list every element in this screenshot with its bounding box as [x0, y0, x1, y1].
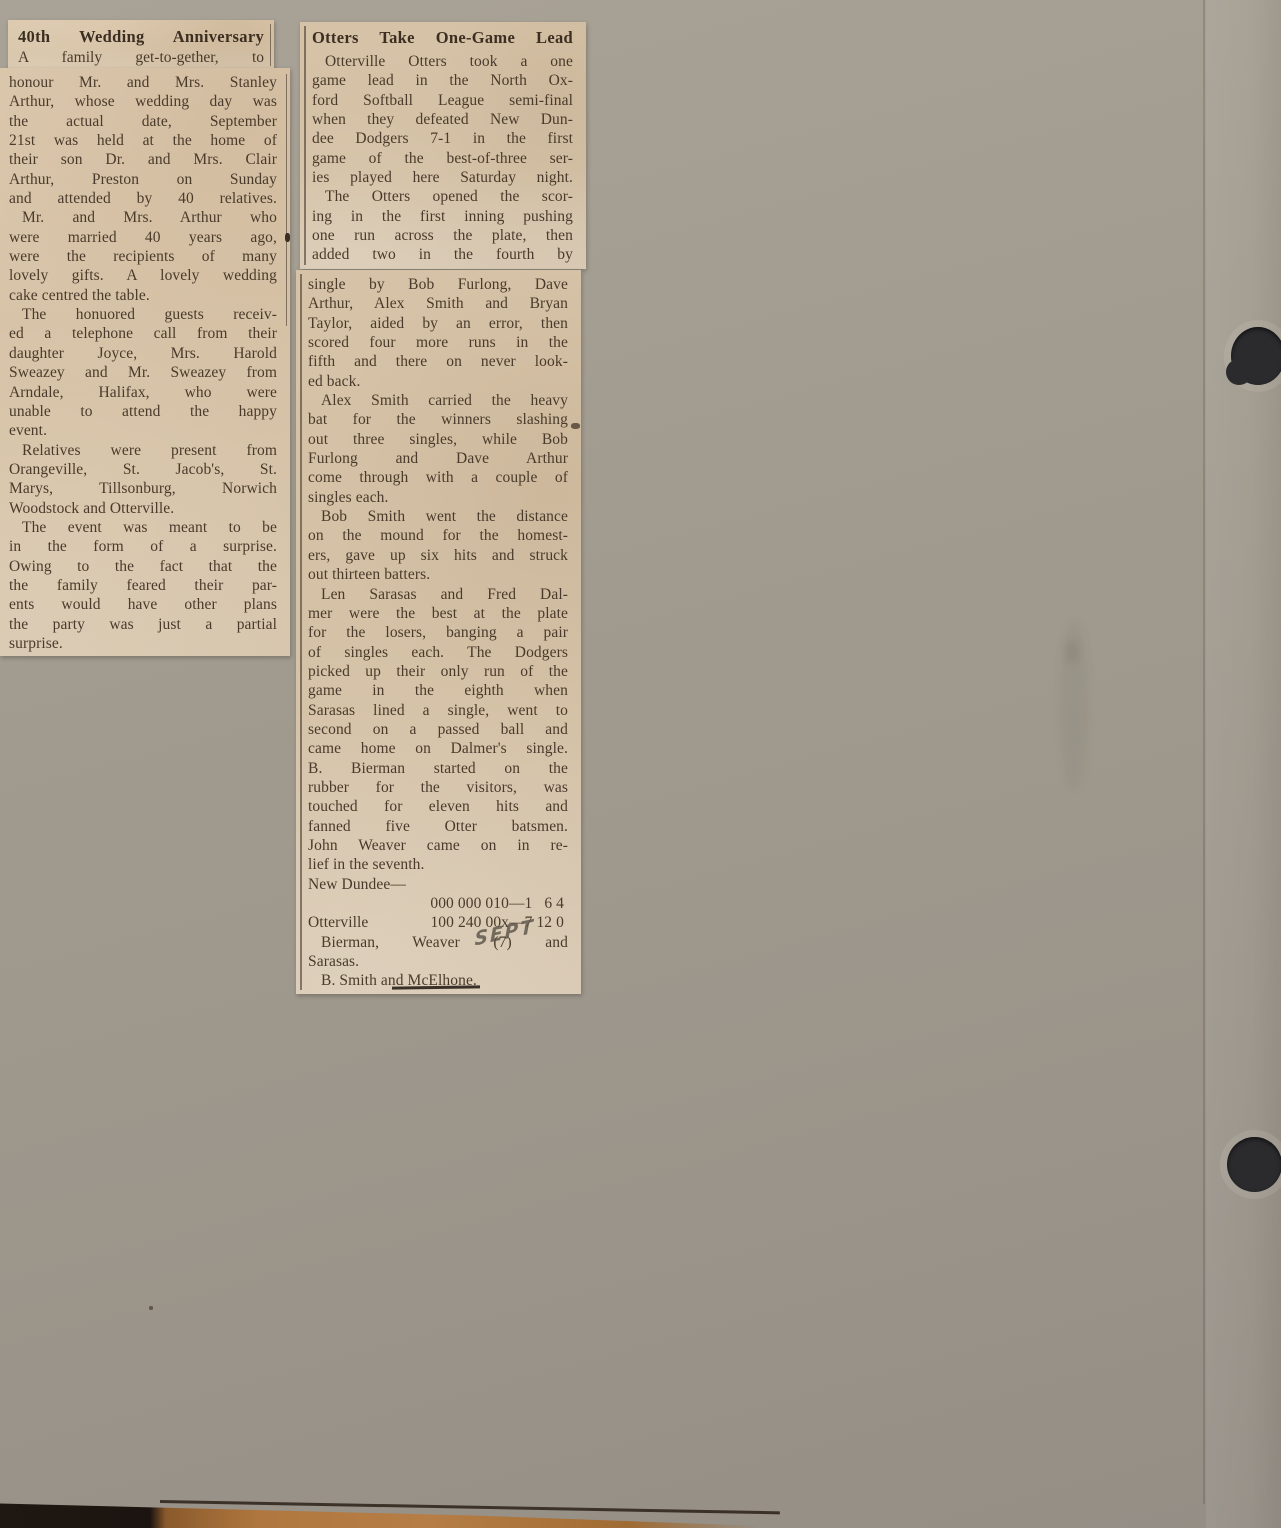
- page-stain: [1065, 640, 1079, 664]
- text-line: game in the eighth when: [308, 681, 568, 700]
- text-line: Taylor, aided by an error, then: [308, 314, 568, 333]
- text-line: New Dundee—: [308, 875, 568, 894]
- text-line: the party was just a partial: [9, 615, 277, 634]
- column-rule: [300, 274, 302, 990]
- text-line: fifth and there on never look-: [308, 352, 568, 371]
- wedding-body-lines: honour Mr. and Mrs. StanleyArthur, whose…: [9, 73, 277, 653]
- text-line: ies played here Saturday night.: [312, 168, 573, 187]
- text-line: Arthur, whose wedding day was: [9, 92, 277, 111]
- otters-bottom-lines: single by Bob Furlong, DaveArthur, Alex …: [308, 275, 568, 991]
- text-line: when they defeated New Dun-: [312, 110, 573, 129]
- text-line: Marys, Tillsonburg, Norwich: [9, 479, 277, 498]
- text-line: dee Dodgers 7-1 in the first: [312, 129, 573, 148]
- text-line: ing in the first inning pushing: [312, 207, 573, 226]
- text-line: ents would have other plans: [9, 595, 277, 614]
- text-line: Relatives were present from: [9, 441, 277, 460]
- text-line: rubber for the visitors, was: [308, 778, 568, 797]
- otters-clipping-bottom: single by Bob Furlong, DaveArthur, Alex …: [296, 270, 581, 994]
- page-right-margin: [1206, 0, 1281, 1528]
- text-line: came home on Dalmer's single.: [308, 739, 568, 758]
- text-line: their son Dr. and Mrs. Clair: [9, 150, 277, 169]
- wedding-headline: 40th Wedding Anniversary: [18, 26, 264, 48]
- text-line: picked up their only run of the: [308, 662, 568, 681]
- text-line: John Weaver came on in re-: [308, 836, 568, 855]
- text-line: second on a passed ball and: [308, 720, 568, 739]
- text-line: mer were the best at the plate: [308, 604, 568, 623]
- text-line: Arthur, Alex Smith and Bryan: [308, 294, 568, 313]
- text-line: Arndale, Halifax, who were: [9, 383, 277, 402]
- text-line: scored four more runs in the: [308, 333, 568, 352]
- text-line: 21st was held at the home of: [9, 131, 277, 150]
- text-line: fanned five Otter batsmen.: [308, 817, 568, 836]
- text-line: game of the best-of-three ser-: [312, 149, 573, 168]
- text-line: The event was meant to be: [9, 518, 277, 537]
- text-line: surprise.: [9, 634, 277, 653]
- text-line: added two in the fourth by: [312, 245, 573, 264]
- text-line: and attended by 40 relatives.: [9, 189, 277, 208]
- text-line: game lead in the North Ox-: [312, 71, 573, 90]
- ink-speck: [285, 233, 290, 242]
- text-line: The honuored guests receiv-: [9, 305, 277, 324]
- column-rule: [270, 24, 272, 66]
- text-line: touched for eleven hits and: [308, 797, 568, 816]
- scrapbook-page: 40th Wedding Anniversary A family get-to…: [0, 0, 1281, 1528]
- text-line: Arthur, Preston on Sunday: [9, 170, 277, 189]
- text-line: one run across the plate, then: [312, 226, 573, 245]
- text-line: Bob Smith went the distance: [308, 507, 568, 526]
- text-line: B. Bierman started on the: [308, 759, 568, 778]
- text-line: lief in the seventh.: [308, 855, 568, 874]
- dust-speck: [149, 1306, 153, 1310]
- text-line: unable to attend the happy: [9, 402, 277, 421]
- column-rule: [286, 74, 288, 326]
- text-line: ed a telephone call from their: [9, 324, 277, 343]
- text-line: daughter Joyce, Mrs. Harold: [9, 344, 277, 363]
- wedding-clipping-body: honour Mr. and Mrs. StanleyArthur, whose…: [0, 68, 290, 656]
- otters-top-lines: Otterville Otters took a onegame lead in…: [312, 52, 573, 265]
- text-line: the family feared their par-: [9, 576, 277, 595]
- text-line: ers, gave up six hits and struck: [308, 546, 568, 565]
- otters-headline: Otters Take One-Game Lead: [312, 27, 573, 49]
- otters-clipping-top: Otters Take One-Game Lead Otterville Ott…: [300, 22, 586, 269]
- text-line: single by Bob Furlong, Dave: [308, 275, 568, 294]
- text-line: Sweazey and Mr. Sweazey from: [9, 363, 277, 382]
- text-line: event.: [9, 421, 277, 440]
- text-line: ford Softball League semi-final: [312, 91, 573, 110]
- text-line: of singles each. The Dodgers: [308, 643, 568, 662]
- text-line: Woodstock and Otterville.: [9, 499, 277, 518]
- page-edge-line: [1203, 0, 1205, 1504]
- text-line: Owing to the fact that the: [9, 557, 277, 576]
- text-line: honour Mr. and Mrs. Stanley: [9, 73, 277, 92]
- text-line: Orangeville, St. Jacob's, St.: [9, 460, 277, 479]
- text-line: Mr. and Mrs. Arthur who: [9, 208, 277, 227]
- text-line: ed back.: [308, 372, 568, 391]
- text-line: out thirteen batters.: [308, 565, 568, 584]
- hole-punch-bottom: [1227, 1137, 1281, 1192]
- text-line: were the recipients of many: [9, 247, 277, 266]
- text-line: come through with a couple of: [308, 468, 568, 487]
- text-line: Len Sarasas and Fred Dal-: [308, 585, 568, 604]
- text-line: Sarasas.: [308, 952, 568, 971]
- text-line: singles each.: [308, 488, 568, 507]
- text-line: were married 40 years ago,: [9, 228, 277, 247]
- wedding-clipping-header: 40th Wedding Anniversary A family get-to…: [8, 20, 274, 70]
- text-line: in the form of a surprise.: [9, 537, 277, 556]
- text-line: 000 000 010—1 6 4: [308, 894, 568, 913]
- column-rule: [304, 26, 306, 265]
- text-line: Furlong and Dave Arthur: [308, 449, 568, 468]
- text-line: on the mound for the homest-: [308, 526, 568, 545]
- text-line: bat for the winners slashing: [308, 410, 568, 429]
- text-line: Sarasas lined a single, went to: [308, 701, 568, 720]
- text-line: cake centred the table.: [9, 286, 277, 305]
- hole-punch-top: [1231, 327, 1281, 385]
- text-line: lovely gifts. A lovely wedding: [9, 266, 277, 285]
- wedding-intro-line: A family get-to-gether, to: [18, 48, 264, 68]
- text-line: The Otters opened the scor-: [312, 187, 573, 206]
- text-line: Alex Smith carried the heavy: [308, 391, 568, 410]
- text-line: out three singles, while Bob: [308, 430, 568, 449]
- text-line: the actual date, September: [9, 112, 277, 131]
- ink-speck: [571, 423, 580, 429]
- text-line: Otterville Otters took a one: [312, 52, 573, 71]
- text-line: for the losers, banging a pair: [308, 623, 568, 642]
